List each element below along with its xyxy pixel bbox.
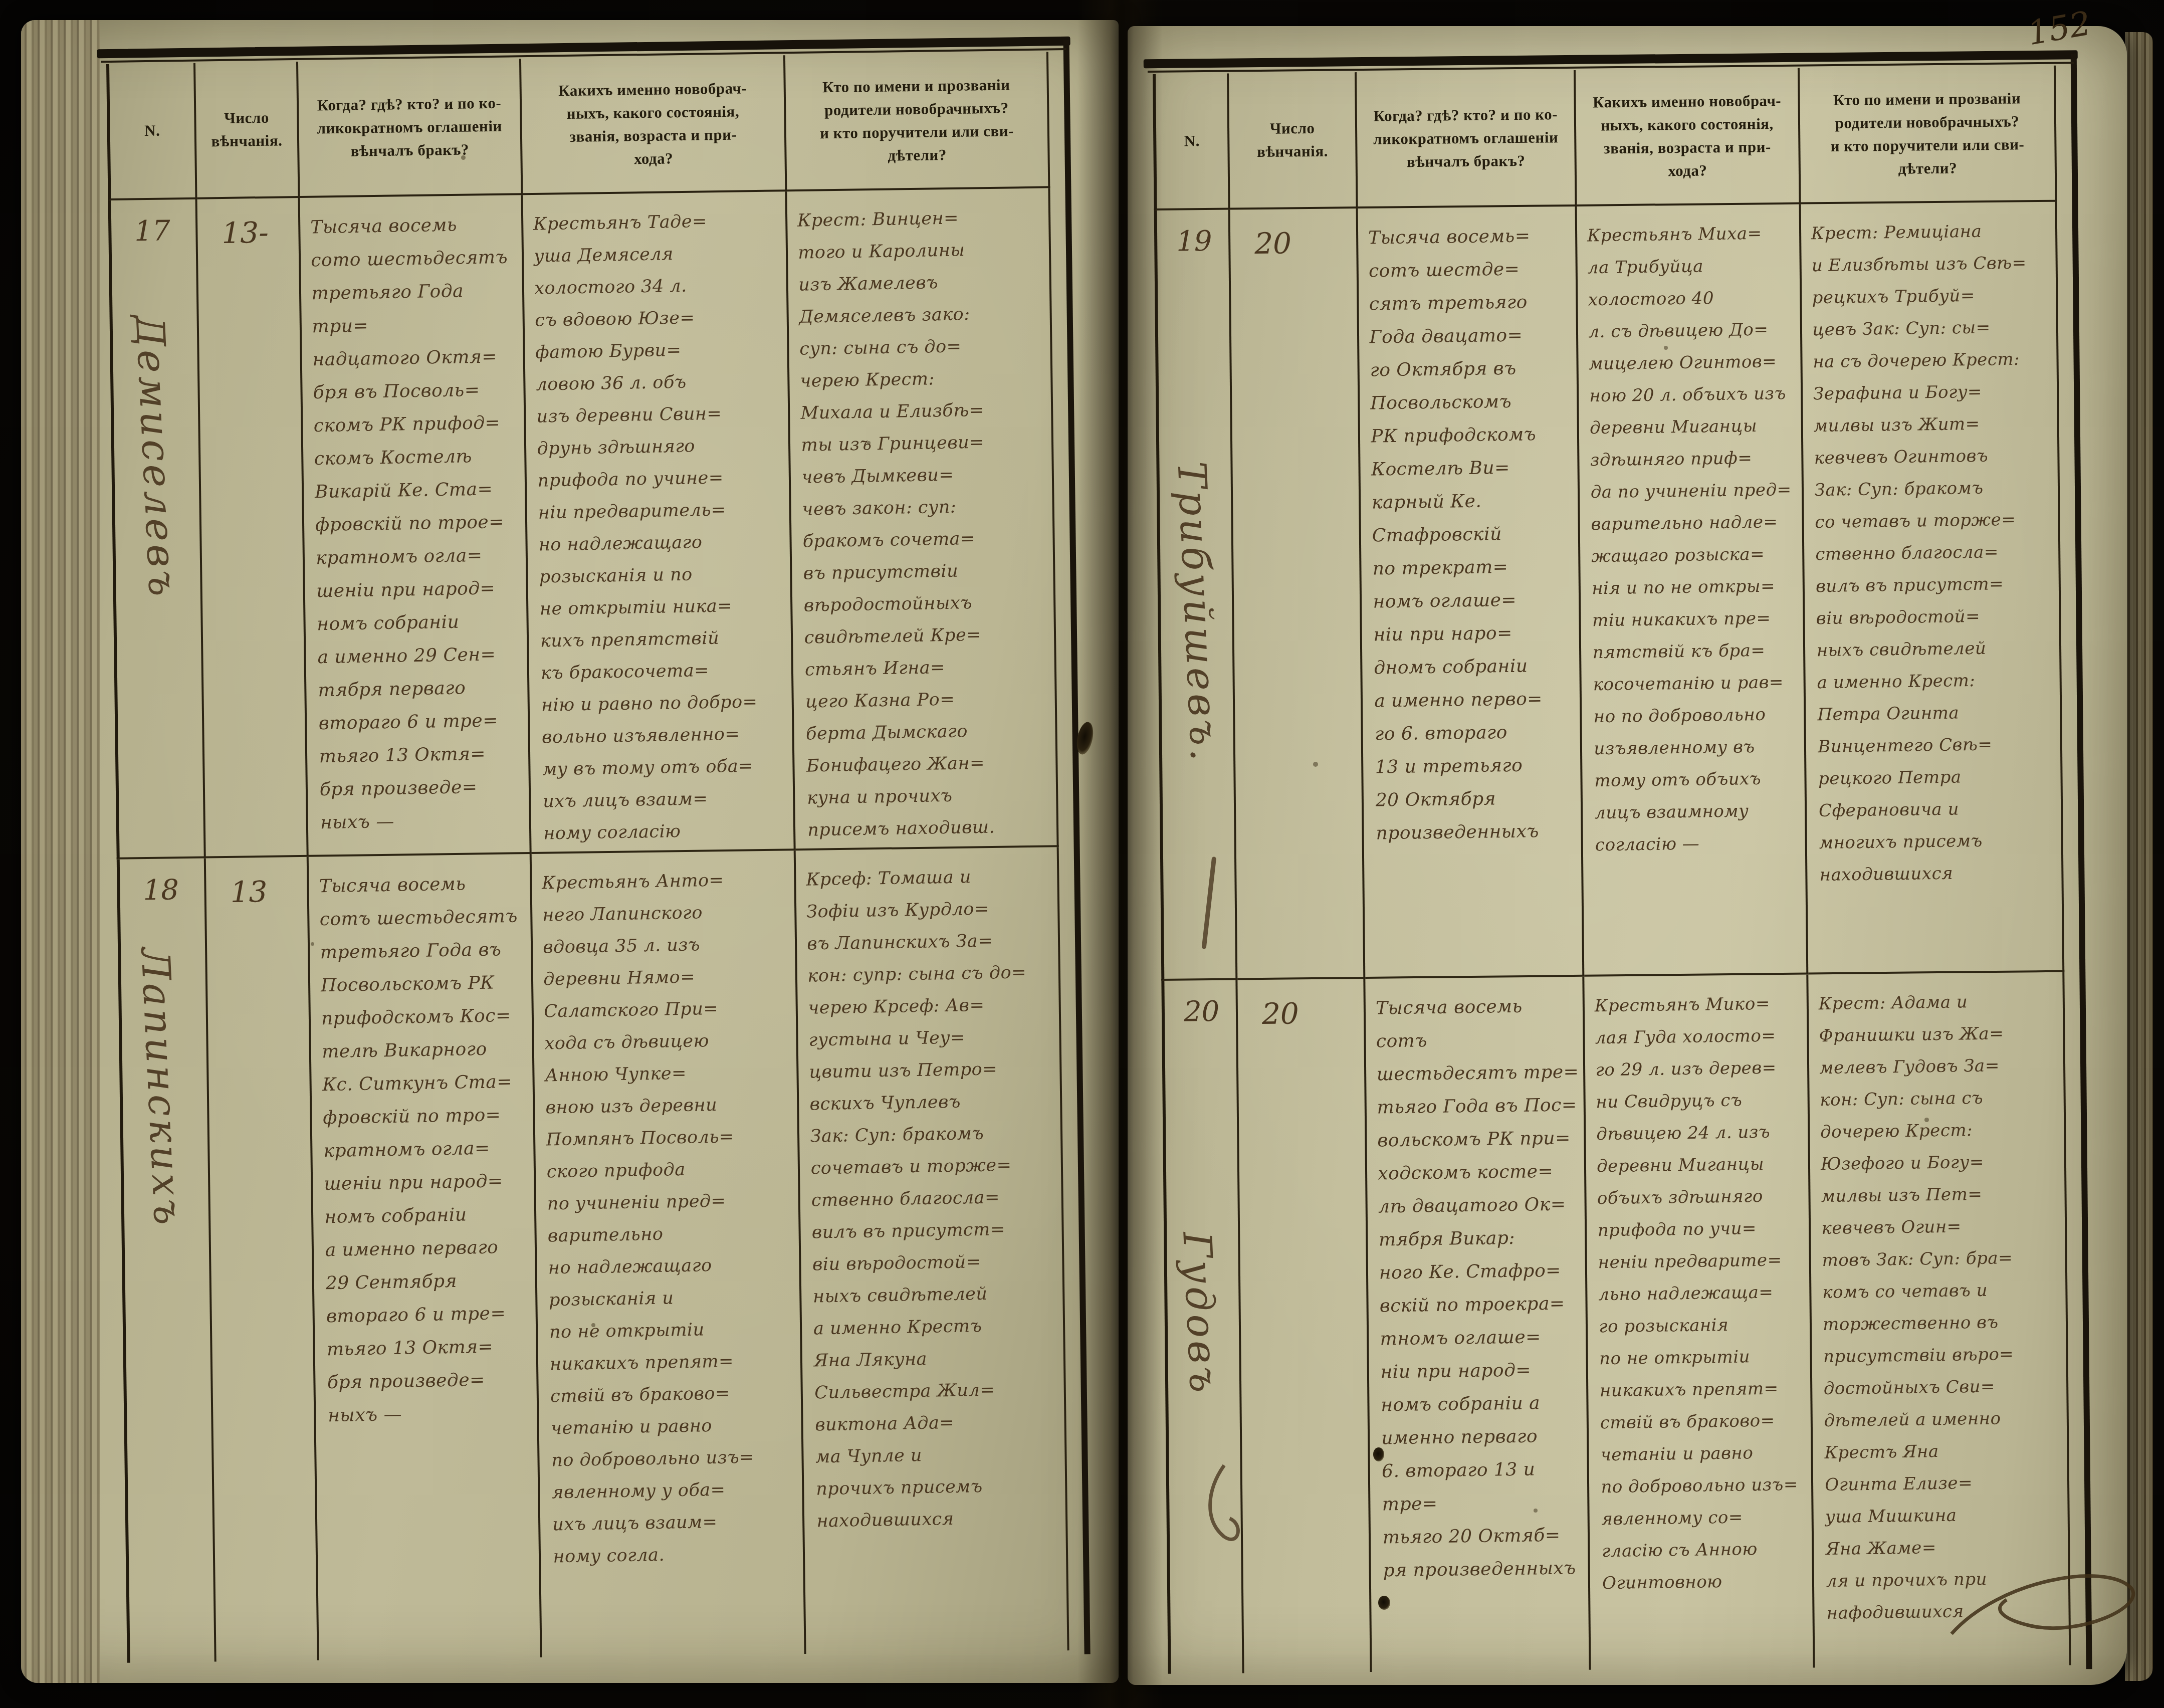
entry-17-when-cell: Тысяча восемь сото шестьдесятъ третьяго … [300,195,532,857]
margin-dash [1202,857,1217,949]
entry-17-couple-cell: Крестьянъ Таде= уша Демяселя холостого 3… [523,191,795,854]
wedding-number: 13 [206,857,307,910]
entry-18-witnesses-cell: Крсеф: Томаша и Зофіи изъ Курдло= въ Лап… [796,847,1069,1654]
entry-19-date-cell: 20 [1230,208,1366,980]
paper-speck [1313,762,1318,767]
when-text: Тысяча восемь= сотъ шестде= сятъ третьяг… [1357,206,1582,850]
witnesses-text: Крест: Адама и Франишки изъ Жа= мелевъ Г… [1807,972,2070,1630]
paper-speck [311,942,314,946]
worm-hole [1373,1447,1384,1461]
wedding-number: 20 [1237,979,1364,1031]
entry-17-number-cell: 17 Демиселевъ [108,199,206,860]
header-n-right: N. [1153,74,1230,210]
entry-number: 20 [1164,980,1236,1028]
entry-19-when-cell: Тысяча восемь= сотъ шестде= сятъ третьяг… [1358,206,1585,979]
header-when-left: Когда? гдѣ? кто? и по ко- ликократномъ о… [298,59,523,198]
fore-edge-right [2125,32,2153,1681]
book-gutter-shadow [1077,0,1163,1708]
header-when-right: Когда? гдѣ? кто? и по ко- ликократномъ о… [1357,70,1577,208]
paper-speck [591,1323,595,1327]
entry-17-witnesses-cell: Крест: Винцен= того и Каролины изъ Жамел… [787,188,1058,850]
when-text: Тысяча восемь сотъ шестьдесятъ тре= тьяг… [1364,976,1589,1588]
header-couple-right: Какихъ именно новобрач- ныхъ, какого сос… [1576,68,1801,206]
register-table-left: N. Число вѣнчанія. Когда? гдѣ? кто? и по… [106,52,1069,1662]
ink-flourish [1944,1559,2155,1664]
paper-speck [867,441,871,445]
entry-number: 18 [120,859,204,907]
entry-18-couple-cell: Крестьянъ Анто= него Лапинского вдовца 3… [532,850,806,1657]
entry-17-date-cell: 13- [197,198,309,859]
margin-surname: Трибуйшевъ. [1168,461,1227,765]
entry-19-number-cell: 19 Трибуйшевъ. [1154,210,1238,981]
paper-speck [1924,1118,1929,1122]
entry-19-couple-cell: Крестьянъ Миха= ла Трибуйца холостого 40… [1577,204,1809,977]
witnesses-text: Крест: Винцен= того и Каролины изъ Жамел… [786,188,1058,846]
witnesses-text: Крест: Ремиціана и Елизбѣты изъ Свѣ= рец… [1800,201,2063,892]
margin-surname: Демиселевъ [127,314,185,600]
wedding-number: 13- [197,198,299,251]
header-n-left: N. [106,63,197,200]
couple-text: Крестьянъ Анто= него Лапинского вдовца 3… [530,850,804,1573]
entry-20-date-cell: 20 [1237,979,1372,1673]
paper-speck [1664,346,1668,350]
margin-surname: Гудовъ [1174,1231,1226,1396]
paper-speck [1534,1509,1538,1513]
entry-20-number-cell: 20 Гудовъ [1161,980,1244,1673]
book-scan: 152 N. Число вѣнчанія. Когда? гдѣ? кто? … [0,0,2164,1708]
header-date-right: Число вѣнчанія. [1229,72,1358,209]
entry-18-when-cell: Тысяча восемь сотъ шестьдесятъ третьяго … [309,854,542,1660]
worm-hole [1378,1596,1390,1610]
header-witnesses-left: Кто по имени и прозваніи родители новобр… [785,52,1050,191]
wedding-number: 20 [1230,208,1357,261]
entry-18-date-cell: 13 [206,857,319,1662]
couple-text: Крестьянъ Таде= уша Демяселя холостого 3… [522,191,795,849]
entry-20-when-cell: Тысяча восемь сотъ шестьдесятъ тре= тьяг… [1365,977,1591,1672]
entry-18-number-cell: 18 Лапинскихъ [117,859,217,1663]
entry-20-couple-cell: Крестьянъ Мико= лая Гуда холосто= го 29 … [1584,975,1815,1670]
paper-speck [461,155,466,160]
entry-number: 19 [1157,210,1229,258]
header-witnesses-right: Кто по имени и прозваніи родители новобр… [1800,66,2057,204]
entry-number: 17 [111,199,196,248]
fore-edge-left [21,20,100,1683]
when-text: Тысяча восемь сото шестьдесятъ третьяго … [299,194,530,839]
header-date-left: Число вѣнчанія. [195,62,300,199]
couple-text: Крестьянъ Миха= ла Трибуйца холостого 40… [1576,204,1806,862]
entry-19-witnesses-cell: Крест: Ремиціана и Елизбѣты изъ Свѣ= рец… [1801,202,2065,975]
witnesses-text: Крсеф: Томаша и Зофіи изъ Курдло= въ Лап… [794,846,1067,1537]
header-couple-left: Какихъ именно новобрач- ныхъ, какого сос… [521,55,787,195]
couple-text: Крестьянъ Мико= лая Гуда холосто= го 29 … [1583,974,1813,1600]
register-table-right: N. Число вѣнчанія. Когда? гдѣ? кто? и по… [1153,66,2071,1674]
when-text: Тысяча восемь сотъ шестьдесятъ третьяго … [308,853,538,1432]
margin-surname: Лапинскихъ [132,946,190,1229]
